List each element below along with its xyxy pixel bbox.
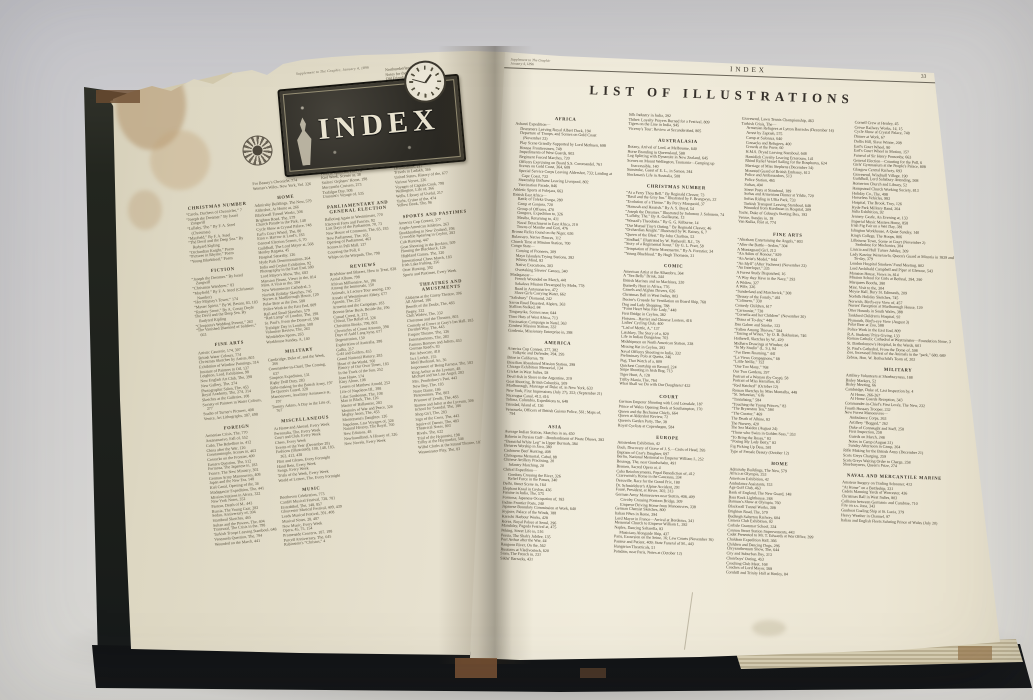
- page-header: Supplement to The Graphic January 4, 189…: [496, 50, 948, 84]
- cover-wear-patch: [96, 90, 140, 103]
- page-corner-wear: [958, 646, 992, 660]
- book-photograph: Supplement to The Graphic, January 4, 18…: [0, 0, 1033, 700]
- running-head: INDEX: [630, 62, 866, 78]
- foxing-stain: [128, 190, 162, 230]
- page-number: 33: [866, 72, 940, 81]
- right-page-content: Supplement to The Graphic January 4, 189…: [476, 50, 949, 673]
- plate-figure-ornament-icon: [294, 117, 315, 166]
- right-page-column-4: Cornell Crew at Henley, 45Crewe Railway …: [839, 121, 959, 583]
- page-title: LIST OF ILLUSTRATIONS: [495, 79, 947, 111]
- right-page-columns: AFRICAAshanti Expedition—Drummers Leavin…: [479, 108, 947, 582]
- paper-smudge: [752, 620, 786, 636]
- index-plate-title: INDEX: [303, 103, 441, 149]
- right-page-column-2: Silk Industry in India, 392Thibet: Loyal…: [613, 113, 729, 575]
- supplement-imprint: Supplement to The Graphic January 4, 189…: [510, 57, 630, 70]
- cover-wear-patch: [455, 658, 497, 678]
- index-entry: Venezuela, Officers of British Guiana Po…: [505, 407, 605, 420]
- right-page-column-1: AFRICAAshanti Expedition—Drummers Leavin…: [500, 109, 616, 571]
- cover-wear-patch: [580, 668, 606, 678]
- right-page-column-3: Gravesend, Lawn Tennis Championship, 463…: [726, 117, 842, 579]
